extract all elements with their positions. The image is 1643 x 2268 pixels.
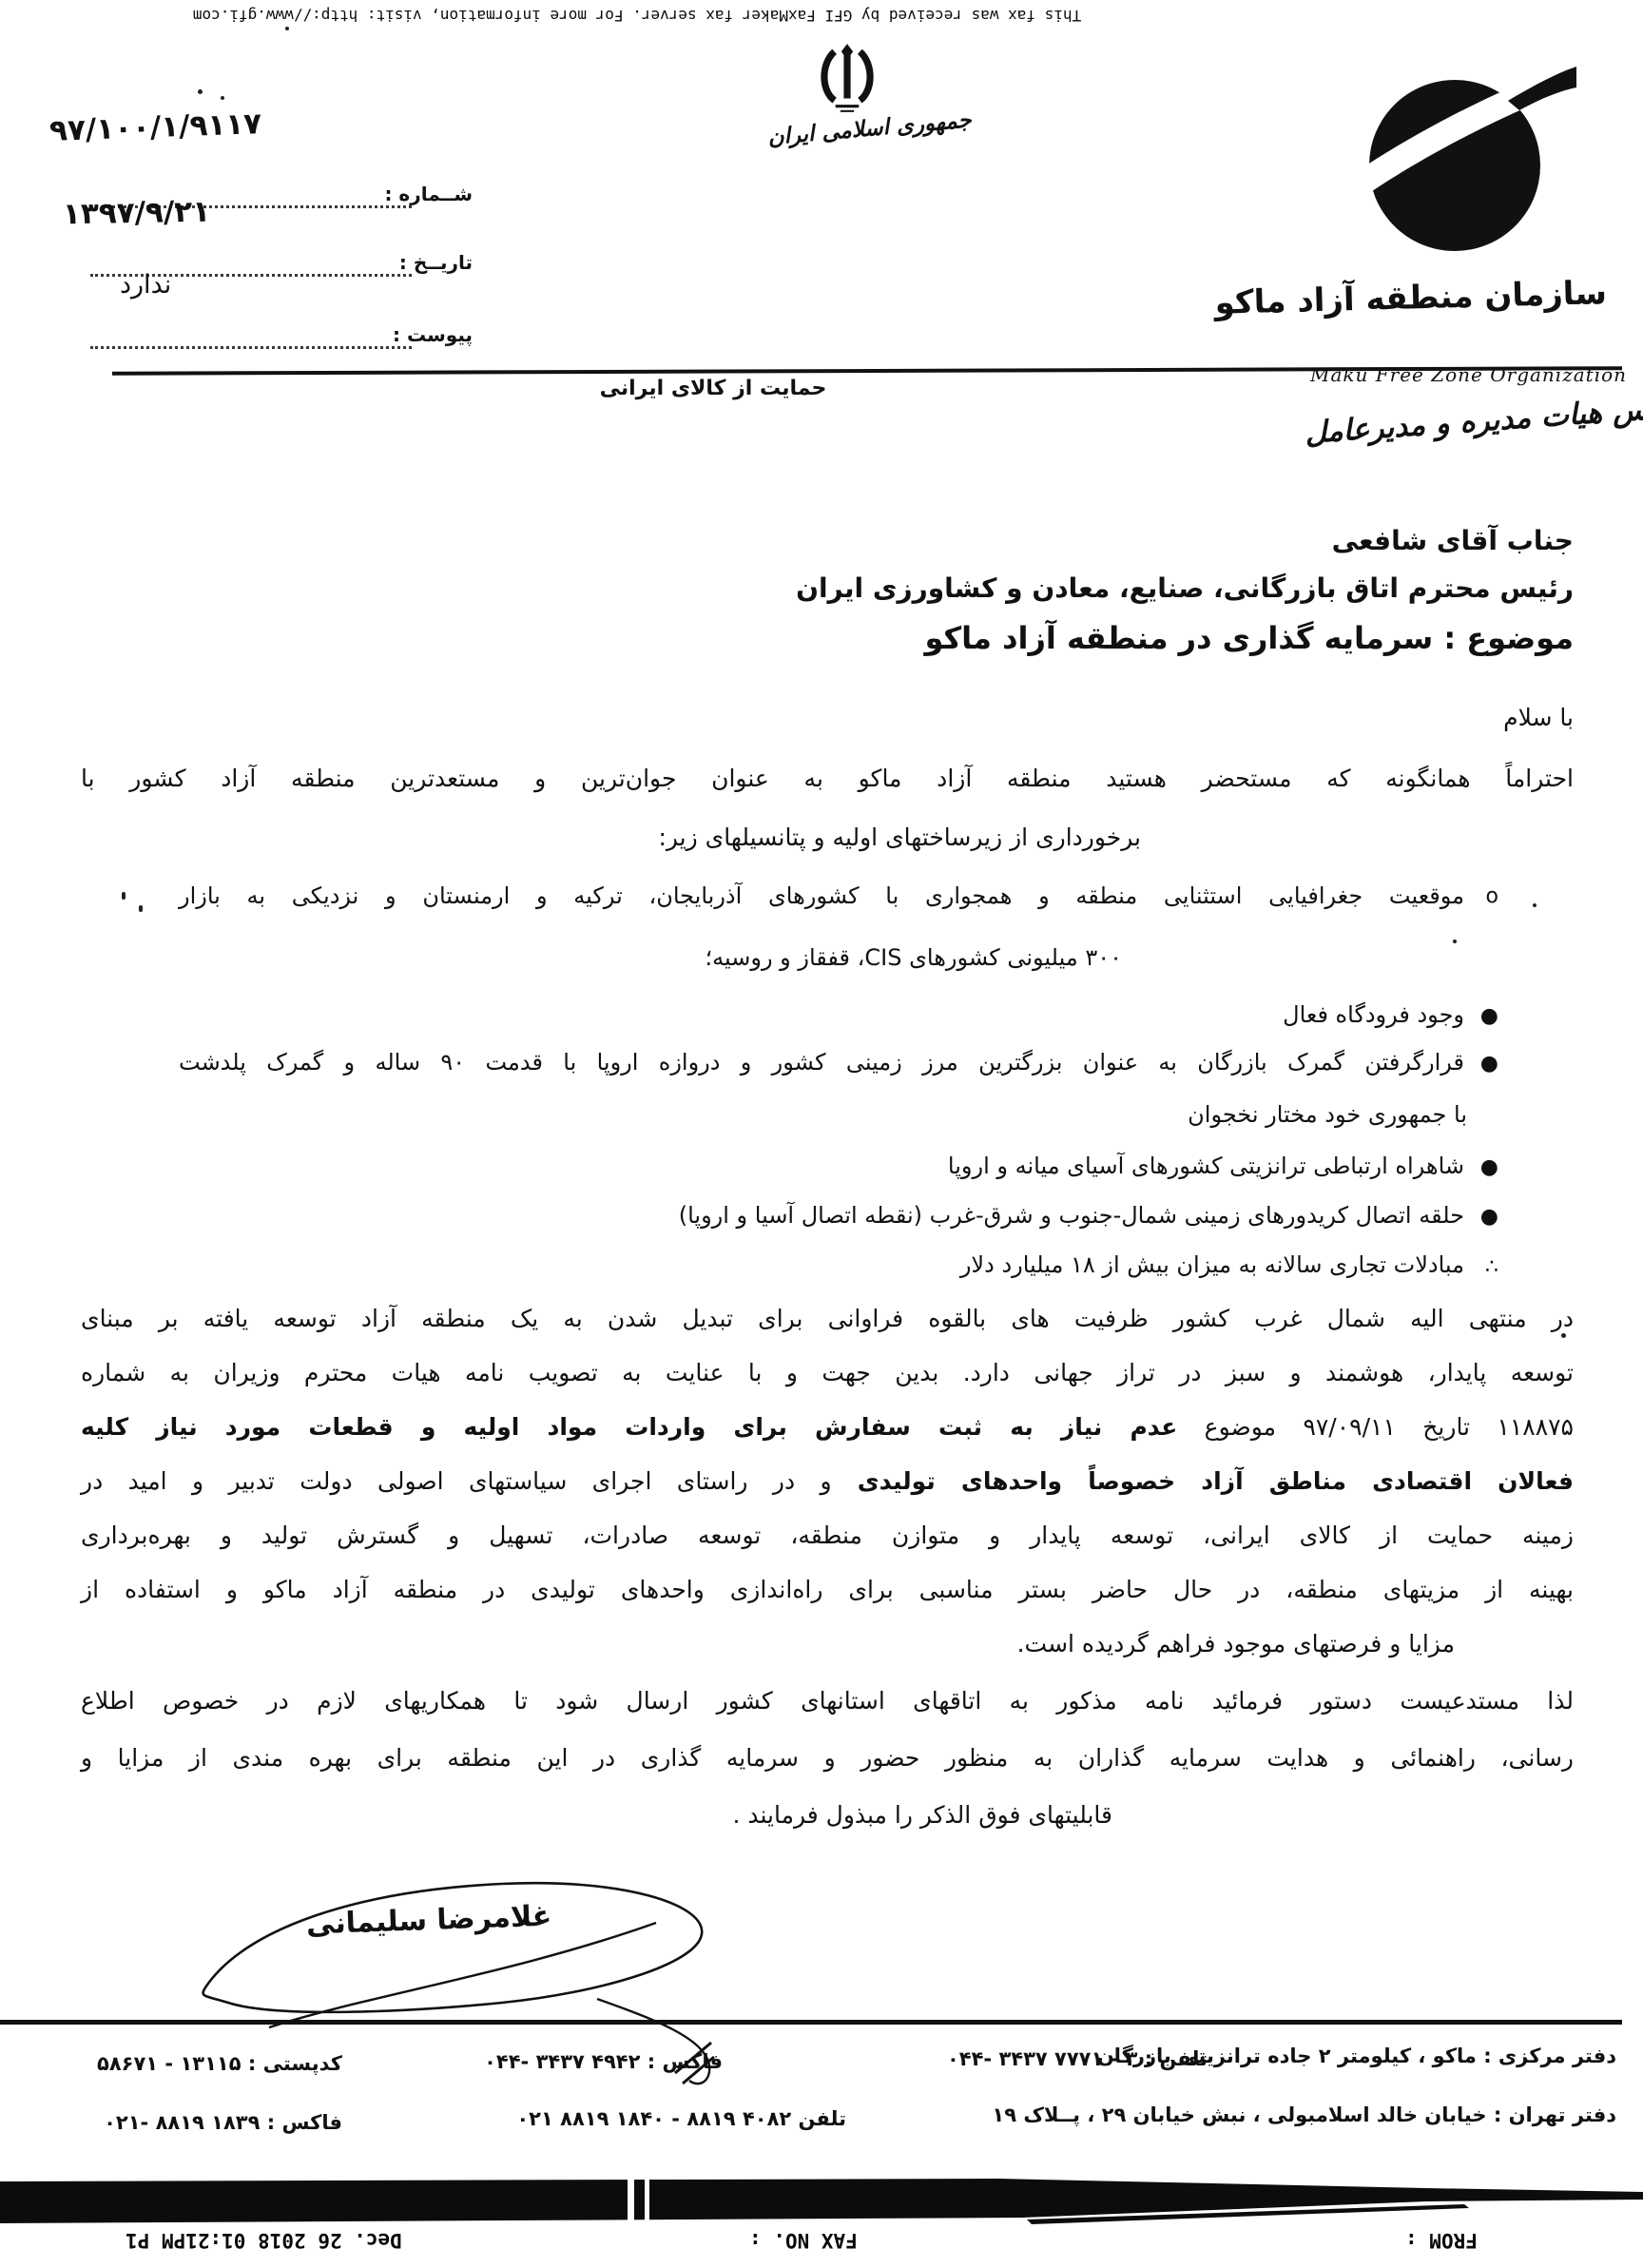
bullet-icon: ● xyxy=(1480,1054,1498,1075)
scan-artifact xyxy=(198,89,203,94)
bullet-item: حلقه اتصال کریدورهای زمینی شمال-جنوب و ش… xyxy=(679,1202,1464,1229)
footer-tehran-office: دفتر تهران : خیابان خالد اسلامبولی ، نبش… xyxy=(992,2103,1616,2126)
body-paragraph-line: مزایا و فرصتهای موجود فراهم گردیده است. xyxy=(1017,1628,1455,1660)
org-name-persian: سازمان منطقه آزاد ماکو xyxy=(1322,274,1608,320)
iran-emblem-icon xyxy=(808,44,886,114)
year-slogan: حمایت از کالای ایرانی xyxy=(572,377,854,400)
bullet-item: موقعیت جغرافیایی استثنایی منطقه و همجوار… xyxy=(179,882,1464,909)
fax-datetime-stamp: Dec. 26 2018 01:21PM P1 xyxy=(126,2229,402,2252)
scan-artifact xyxy=(1533,903,1537,907)
fax-received-banner: This fax was received by GFI FaxMaker fa… xyxy=(190,0,1084,25)
body-text: ۱۱۸۸۷۵ تاریخ ۹۷/۰۹/۱۱ موضوع xyxy=(1177,1413,1574,1441)
bullet-icon: ο xyxy=(1486,886,1498,907)
bullet-icon: ● xyxy=(1480,1157,1498,1178)
scan-artifact xyxy=(122,892,126,900)
body-paragraph-line: زمینه حمایت از کالای ایرانی، توسعه پایدا… xyxy=(81,1520,1574,1552)
recipient-title: رئیس محترم اتاق بازرگانی، صنایع، معادن و… xyxy=(796,572,1574,604)
footer-tel-tehran: تلفن ۴۰۸۲ ۸۸۱۹ - ۱۸۴۰ ۸۸۱۹ ۰۲۱ xyxy=(516,2107,846,2130)
signer-title-calligraphy: رئیس هیات مدیره و مدیرعامل xyxy=(1304,390,1643,451)
fax-number-label: FAX NO. : xyxy=(749,2229,858,2252)
intro-line: احتراماً همانگونه که مستحضر هستید منطقه … xyxy=(81,763,1574,795)
body-paragraph-line: در منتهی الیه شمال غرب کشور ظرفیت های با… xyxy=(81,1303,1574,1335)
body-text-bold: عدم نیاز به ثبت سفارش برای واردات مواد ا… xyxy=(81,1413,1177,1441)
scan-artifact xyxy=(285,27,289,30)
bullet-item: شاهراه ارتباطی ترانزیتی کشورهای آسیای می… xyxy=(948,1153,1464,1179)
body-paragraph-line: ۱۱۸۸۷۵ تاریخ ۹۷/۰۹/۱۱ موضوع عدم نیاز به … xyxy=(81,1411,1574,1444)
bullet-item: مبادلات تجاری سالانه به میزان بیش از ۱۸ … xyxy=(960,1251,1464,1278)
subject-line: موضوع : سرمایه گذاری در منطقه آزاد ماکو xyxy=(924,620,1574,656)
dotted-leader xyxy=(90,346,412,349)
salutation: با سلام xyxy=(1503,702,1574,734)
scanned-fax-letter: This fax was received by GFI FaxMaker fa… xyxy=(0,0,1643,2268)
body-paragraph-line: فعالان اقتصادی مناطق آزاد خصوصاً واحدهای… xyxy=(81,1465,1574,1498)
closing-paragraph-line: قابلیتهای فوق الذکر را مبذول فرمایند . xyxy=(732,1799,1112,1832)
bullet-icon: ● xyxy=(1480,1006,1498,1027)
attachment-value: ندارد xyxy=(120,270,171,300)
scan-artifact xyxy=(139,905,143,912)
bullet-icon: ∴ xyxy=(1485,1257,1498,1278)
scan-artifact xyxy=(1453,940,1457,943)
intro-line: برخورداری از زیرساختهای اولیه و پتانسیله… xyxy=(658,822,1141,854)
scan-artifact xyxy=(221,96,224,100)
body-text-bold: فعالان اقتصادی مناطق آزاد خصوصاً واحدهای… xyxy=(832,1467,1574,1495)
body-text: و در راستای اجرای سیاستهای اصولی دولت تد… xyxy=(81,1467,832,1495)
body-paragraph-line: بهینه از مزیتهای منطقه، در حال حاضر بستر… xyxy=(81,1574,1574,1606)
recipient-name: جناب آقای شافعی xyxy=(1332,525,1574,556)
maku-logo-icon xyxy=(1358,59,1576,261)
bullet-item-continuation: ۳۰۰ میلیونی کشورهای CIS، قفقاز و روسیه؛ xyxy=(706,944,1123,971)
bullet-item: وجود فرودگاه فعال xyxy=(1283,1001,1464,1028)
fax-from-label: FROM : xyxy=(1405,2229,1478,2252)
date-value: ۱۳۹۷/۹/۲۱ xyxy=(63,195,211,232)
date-label: تاریــخ : xyxy=(399,251,473,274)
attachment-label: پیوست : xyxy=(393,323,473,346)
reference-number-value: ۹۷/۱۰۰/۱/۹۱۱۷ xyxy=(48,107,261,148)
bullet-item: قرارگرفتن گمرک بازرگان به عنوان بزرگترین… xyxy=(179,1049,1464,1076)
footer-fax-tehran: فاکس : ۱۸۳۹ ۸۸۱۹ -۰۲۱ xyxy=(104,2111,342,2134)
closing-paragraph-line: لذا مستدعیست دستور فرمائید نامه مذکور به… xyxy=(81,1685,1574,1717)
bullet-item-continuation: با جمهوری خود مختار نخجوان xyxy=(1188,1101,1467,1128)
reference-number-label: شــماره : xyxy=(384,183,473,205)
closing-paragraph-line: رسانی، راهنمائی و هدایت سرمایه گذاران به… xyxy=(81,1742,1574,1774)
footer-postal-code: کدپستی : ۱۳۱۱۵ - ۵۸۶۷۱ xyxy=(97,2052,342,2075)
footer-divider xyxy=(0,2020,1622,2025)
footer-fax-main: فاکس : ۴۹۴۲ ۳۴۳۷ -۰۴۴ xyxy=(484,2050,723,2073)
footer-tel-main: تلفن : ۳ - ۷۷۷۱ ۳۴۳۷ -۰۴۴ xyxy=(947,2047,1208,2070)
body-paragraph-line: توسعه پایدار، هوشمند و سبز در تراز جهانی… xyxy=(81,1357,1574,1389)
scan-black-bar xyxy=(0,2176,1643,2235)
bullet-icon: ● xyxy=(1480,1207,1498,1228)
